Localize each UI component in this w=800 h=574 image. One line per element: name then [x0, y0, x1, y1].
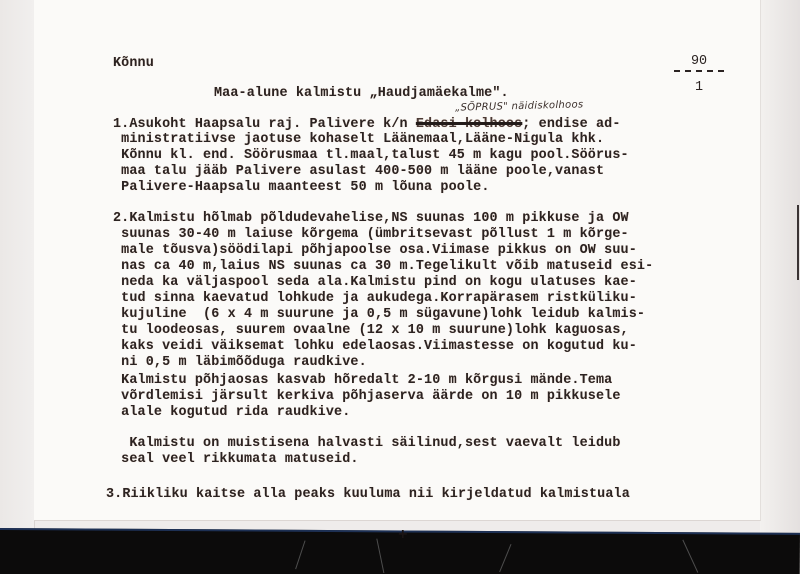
page-number-bottom: 1 [674, 80, 724, 95]
section2-paragraph3-line: Kalmistu on muistisena halvasti säilinud… [113, 436, 621, 451]
section1-line: Palivere-Haapsalu maanteest 50 m lõuna p… [113, 180, 490, 195]
scratch-mark [499, 544, 511, 572]
section1-line: ministratiivse jaotuse kohaselt Läänemaa… [113, 132, 604, 147]
section2-paragraph2-line: Kalmistu põhjaosas kasvab hõredalt 2-10 … [113, 373, 612, 388]
section2-line: ni 0,5 m läbimõõduga raudkive. [113, 355, 367, 370]
section2-line: male tõusva)söödilapi põhjapoolse osa.Vi… [113, 243, 637, 258]
section2-line: nas ca 40 m,laius NS suunas ca 30 m.Tege… [113, 259, 653, 274]
section1-line1-end: ; endise ad- [522, 117, 620, 132]
struck-text: Edasi kolhoos [416, 117, 522, 132]
scratch-mark [376, 539, 384, 573]
section2-paragraph2-line: alale kogutud rida raudkive. [113, 405, 350, 420]
section1-line: Kõnnu kl. end. Söörusmaa tl.maal,talust … [113, 148, 629, 163]
section2-line: tu loodeosas, suurem ovaalne (12 x 10 m … [113, 323, 629, 338]
page-number: 90 1 [674, 54, 724, 95]
section3-line: 3.Riikliku kaitse alla peaks kuuluma nii… [106, 487, 630, 502]
section2-paragraph3-line: seal veel rikkumata matuseid. [113, 452, 359, 467]
scratch-mark [295, 540, 305, 569]
section2-line: kaks veidi väiksemat lohku edelaosas.Vii… [113, 339, 637, 354]
section2-paragraph2-line: võrdlemisi järsult kerkiva põhjaserva ää… [113, 389, 621, 404]
section2-line: neda ka väljaspool seda ala.Kalmistu pin… [113, 275, 637, 290]
section1-line: maa talu jääb Palivere asulast 400-500 m… [113, 164, 604, 179]
section2-line: kujuline (6 x 4 m suurune ja 0,5 m sügav… [113, 307, 645, 322]
document-title: Maa-alune kalmistu „Haudjamäekalme". [214, 86, 509, 101]
place-name: Kõnnu [113, 56, 154, 71]
section2-line: tud sinna kaevatud lohkude ja aukudega.K… [113, 291, 637, 306]
registration-mark: + [398, 526, 408, 544]
section1-line1: 1.Asukoht Haapsalu raj. Palivere k/n Eda… [113, 117, 621, 132]
right-film-margin [760, 0, 800, 535]
scratch-mark [682, 540, 698, 573]
page-number-top: 90 [674, 54, 724, 72]
section1-line1-start: 1.Asukoht Haapsalu raj. Palivere k/n [113, 117, 416, 132]
section2-line: 2.Kalmistu hõlmab põldudevahelise,NS suu… [113, 211, 629, 226]
edge-mark [797, 205, 799, 280]
left-film-margin [0, 0, 35, 530]
section2-line: suunas 30-40 m laiuse kõrgema (ümbritsev… [113, 227, 629, 242]
